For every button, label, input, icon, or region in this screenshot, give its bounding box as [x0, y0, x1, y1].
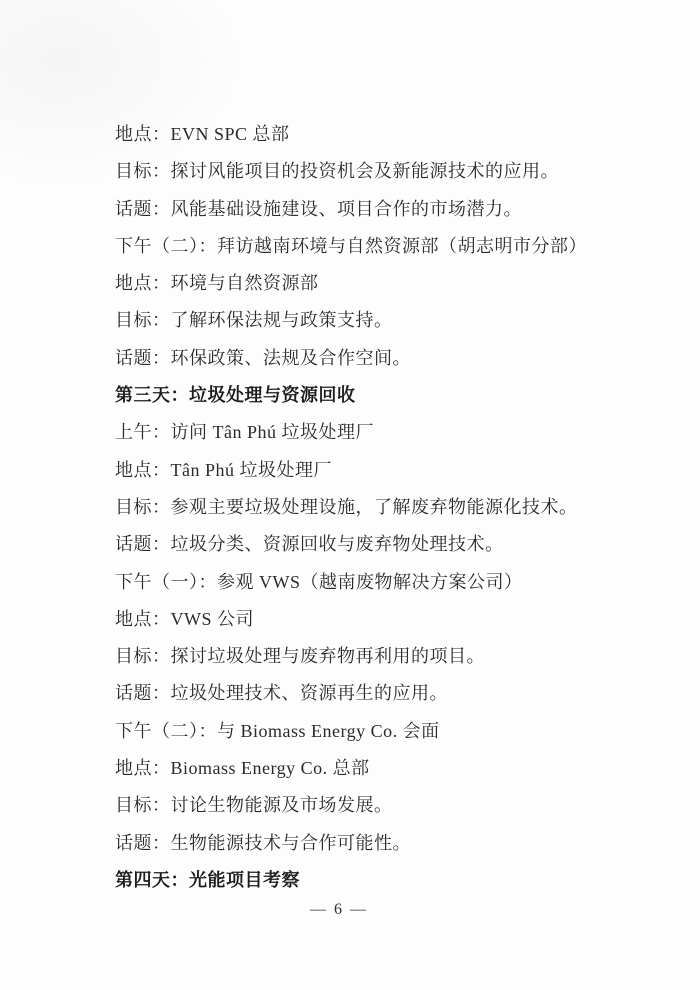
- line-location-monre: 地点：环境与自然资源部: [115, 265, 615, 302]
- line-morning-tanphu: 上午：访问 Tân Phú 垃圾处理厂: [115, 414, 615, 451]
- day4-heading: 第四天：光能项目考察: [115, 862, 615, 899]
- line-location-evn-spc: 地点：EVN SPC 总部: [115, 116, 615, 153]
- line-goal-waste: 目标：参观主要垃圾处理设施，了解废弃物能源化技术。: [115, 489, 615, 526]
- page-number: — 6 —: [0, 901, 678, 919]
- line-topic-env-policy: 话题：环保政策、法规及合作空间。: [115, 340, 615, 377]
- line-topic-wind: 话题：风能基础设施建设、项目合作的市场潜力。: [115, 191, 615, 228]
- line-afternoon1-vws: 下午（一）：参观 VWS（越南废物解决方案公司）: [115, 564, 615, 601]
- line-goal-biomass: 目标：讨论生物能源及市场发展。: [115, 787, 615, 824]
- line-goal-env-policy: 目标：了解环保法规与政策支持。: [115, 302, 615, 339]
- line-location-biomass: 地点：Biomass Energy Co. 总部: [115, 750, 615, 787]
- document-page: 地点：EVN SPC 总部 目标：探讨风能项目的投资机会及新能源技术的应用。 话…: [0, 0, 700, 990]
- itinerary-text-block: 地点：EVN SPC 总部 目标：探讨风能项目的投资机会及新能源技术的应用。 话…: [115, 116, 615, 899]
- line-goal-wind: 目标：探讨风能项目的投资机会及新能源技术的应用。: [115, 153, 615, 190]
- line-location-vws: 地点：VWS 公司: [115, 601, 615, 638]
- line-topic-biomass: 话题：生物能源技术与合作可能性。: [115, 825, 615, 862]
- day3-heading: 第三天：垃圾处理与资源回收: [115, 377, 615, 414]
- line-afternoon2-monre: 下午（二）：拜访越南环境与自然资源部（胡志明市分部）: [115, 228, 615, 265]
- line-topic-vws: 话题：垃圾处理技术、资源再生的应用。: [115, 675, 615, 712]
- line-afternoon2-biomass: 下午（二）：与 Biomass Energy Co. 会面: [115, 713, 615, 750]
- line-location-tanphu: 地点：Tân Phú 垃圾处理厂: [115, 452, 615, 489]
- line-topic-waste: 话题：垃圾分类、资源回收与废弃物处理技术。: [115, 526, 615, 563]
- line-goal-vws: 目标：探讨垃圾处理与废弃物再利用的项目。: [115, 638, 615, 675]
